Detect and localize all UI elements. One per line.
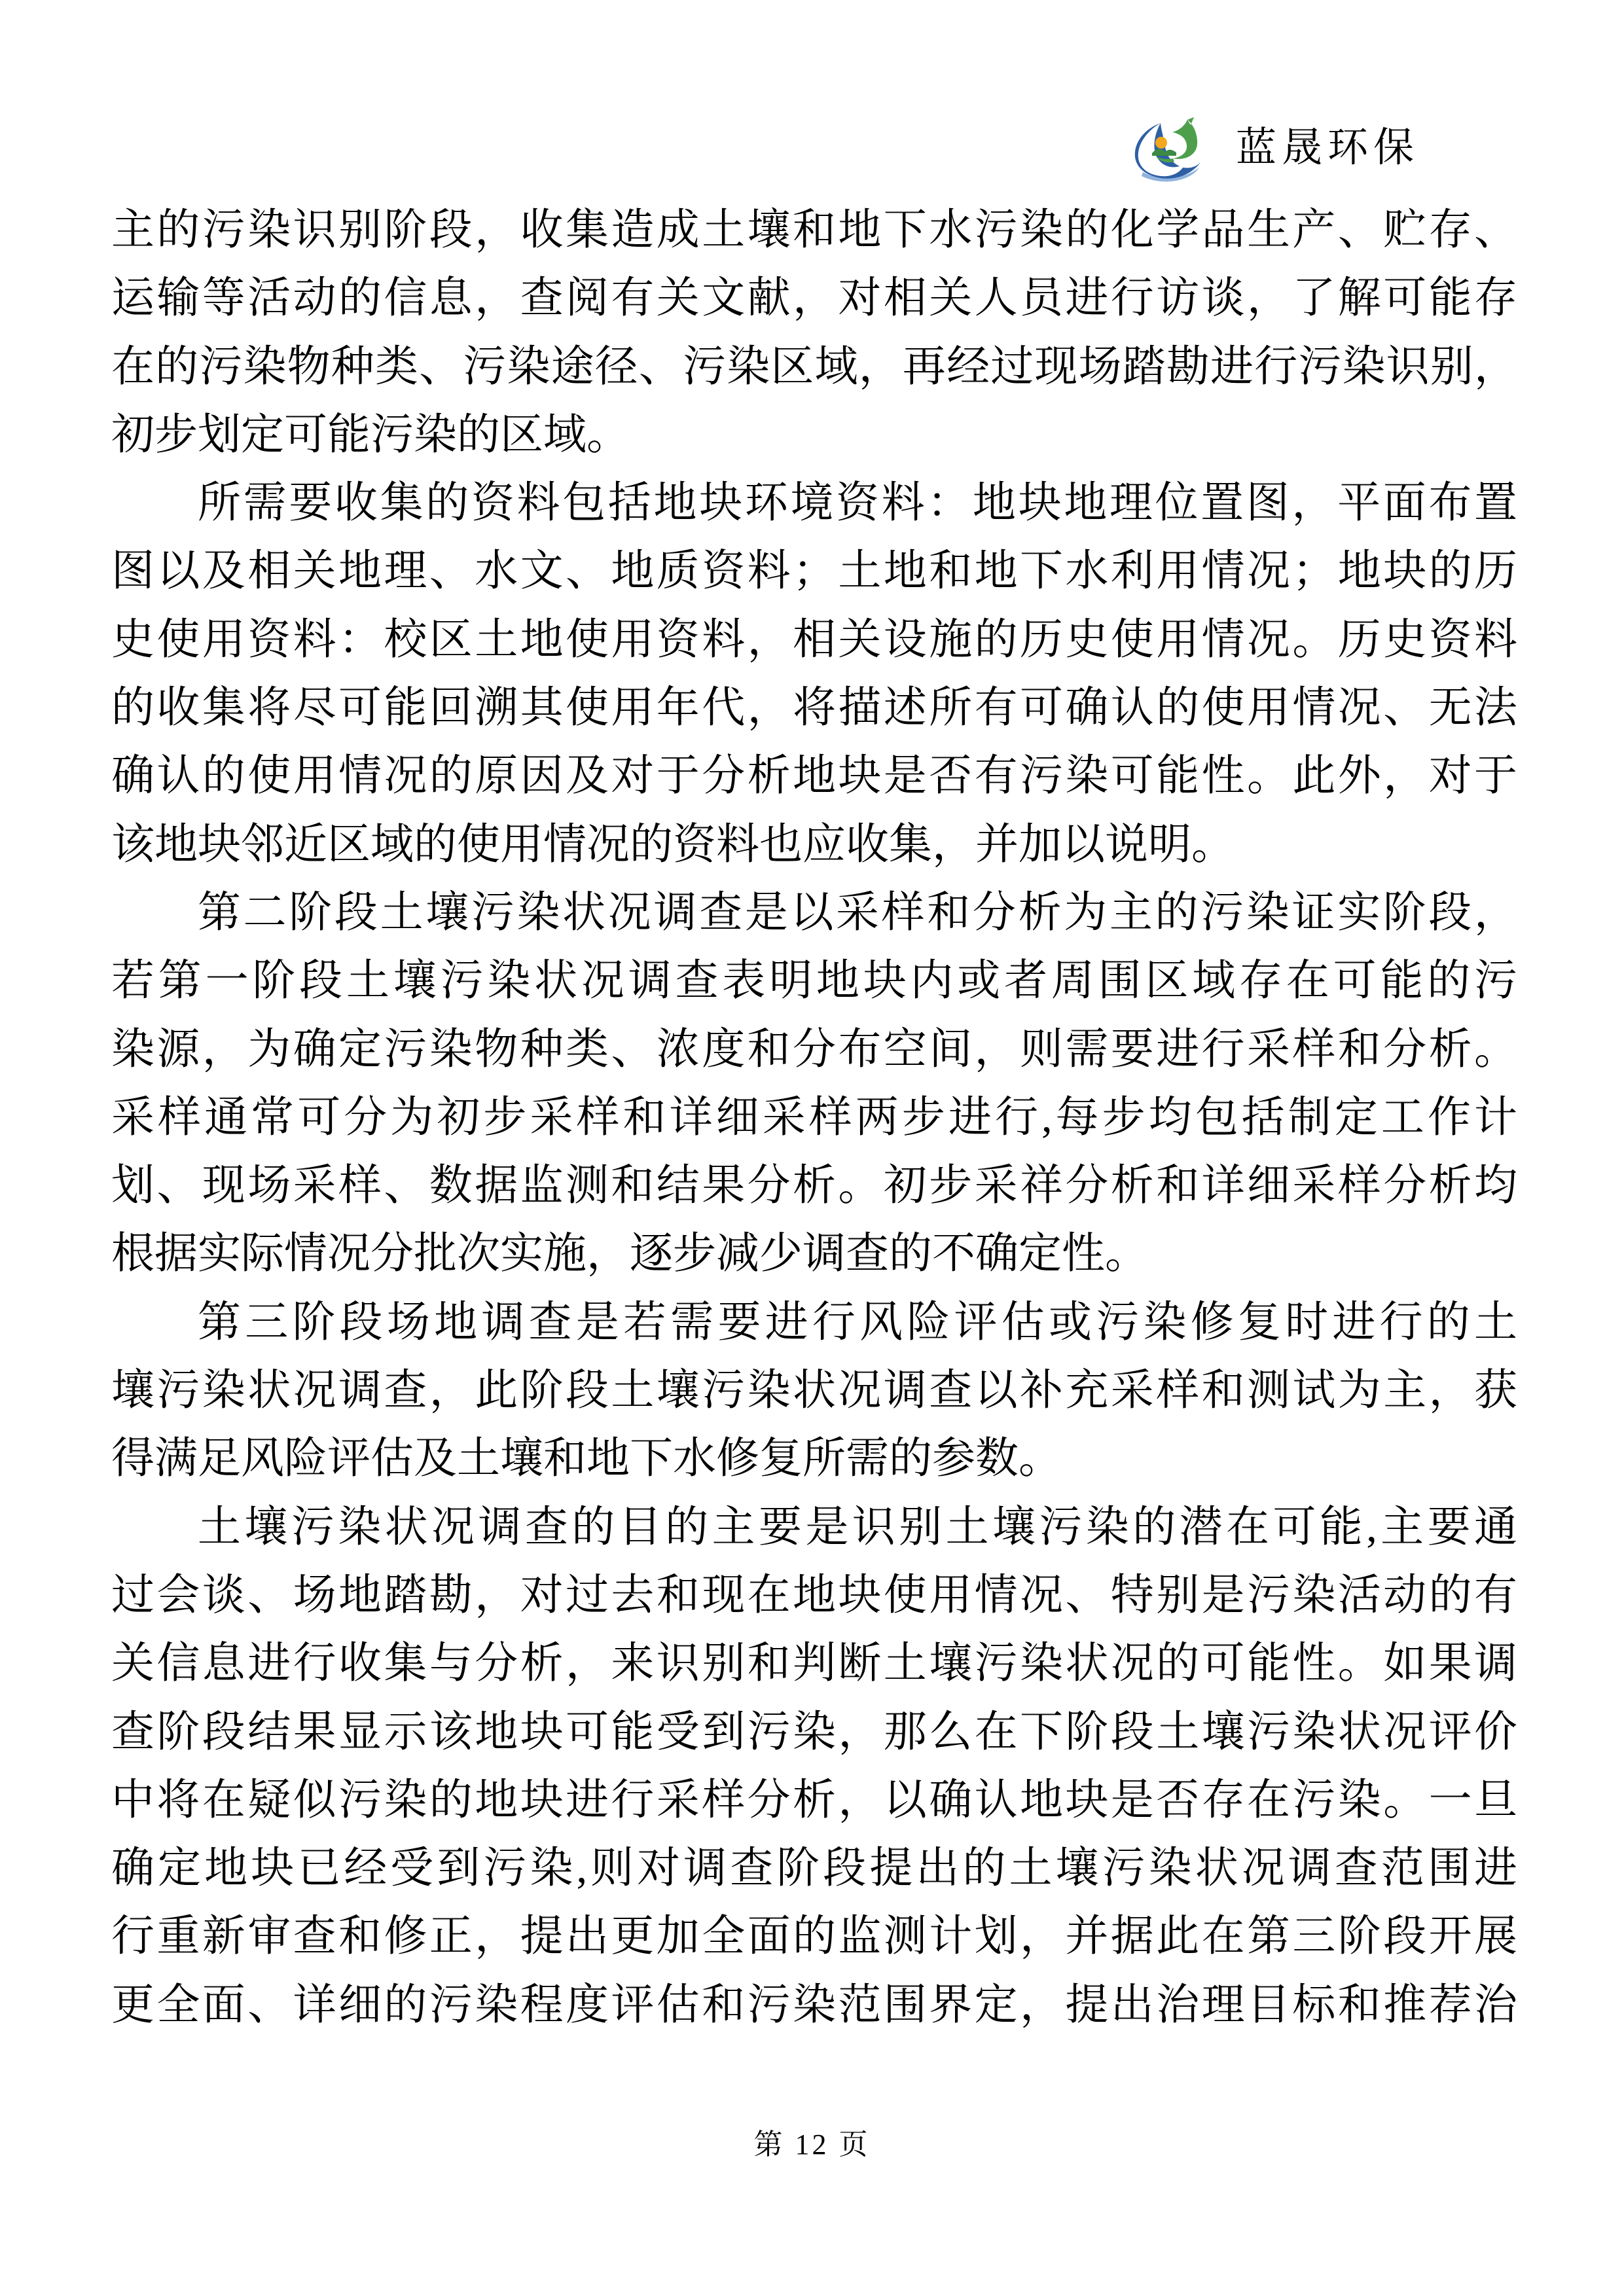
text-line: 该地块邻近区域的使用情况的资料也应收集，并加以说明。 — [111, 811, 1517, 879]
document-page: 蓝晟环保 主的污染识别阶段，收集造成土壤和地下水污染的化学品生产、贮存、运输等活… — [0, 0, 1624, 2296]
text-line: 第二阶段土壤污染状况调查是以采样和分析为主的污染证实阶段， — [111, 879, 1517, 947]
text-line: 得满足风险评估及土壤和地下水修复所需的参数。 — [111, 1425, 1517, 1493]
text-line: 划、现场采样、数据监测和结果分析。初步采祥分析和详细采样分析均 — [111, 1152, 1517, 1220]
text-line: 第三阶段场地调查是若需要进行风险评估或污染修复时进行的土 — [111, 1289, 1517, 1357]
text-line: 染源，为确定污染物种类、浓度和分布空间，则需要进行采样和分析。 — [111, 1016, 1517, 1084]
text-line: 的收集将尽可能回溯其使用年代，将描述所有可确认的使用情况、无法 — [111, 674, 1517, 742]
text-line: 过会谈、场地踏勘，对过去和现在地块使用情况、特别是污染活动的有 — [111, 1562, 1517, 1630]
text-line: 壤污染状况调查，此阶段土壤污染状况调查以补充采样和测试为主，获 — [111, 1357, 1517, 1425]
page-number: 第 12 页 — [754, 2128, 871, 2161]
text-line: 查阶段结果显示该地块可能受到污染，那么在下阶段土壤污染状况评价 — [111, 1698, 1517, 1767]
text-line: 确定地块已经受到污染,则对调查阶段提出的土壤污染状况调查范围进 — [111, 1835, 1517, 1903]
text-line: 史使用资料：校区土地使用资料，相关设施的历史使用情况。历史资料 — [111, 606, 1517, 674]
text-line: 运输等活动的信息，查阅有关文献，对相关人员进行访谈，了解可能存 — [111, 264, 1517, 332]
logo-sun — [1155, 137, 1167, 149]
page-header: 蓝晟环保 — [1123, 117, 1419, 186]
company-name: 蓝晟环保 — [1236, 128, 1419, 175]
text-line: 图以及相关地理、水文、地质资料；土地和地下水利用情况；地块的历 — [111, 537, 1517, 605]
text-line: 在的污染物种类、污染途径、污染区域，再经过现场踏勘进行污染识别， — [111, 333, 1517, 401]
text-line: 中将在疑似污染的地块进行采样分析，以确认地块是否存在污染。一旦 — [111, 1767, 1517, 1835]
document-body: 主的污染识别阶段，收集造成土壤和地下水污染的化学品生产、贮存、运输等活动的信息，… — [111, 196, 1517, 2039]
text-line: 所需要收集的资料包括地块环境资料：地块地理位置图，平面布置 — [111, 469, 1517, 537]
text-line: 土壤污染状况调查的目的主要是识别土壤污染的潜在可能,主要通 — [111, 1494, 1517, 1562]
text-line: 确认的使用情况的原因及对于分析地块是否有污染可能性。此外，对于 — [111, 742, 1517, 810]
text-line: 初步划定可能污染的区域。 — [111, 401, 1517, 469]
text-line: 若第一阶段土壤污染状况调查表明地块内或者周围区域存在可能的污 — [111, 947, 1517, 1015]
text-line: 根据实际情况分批次实施，逐步减少调查的不确定性。 — [111, 1220, 1517, 1288]
text-line: 行重新审查和修正，提出更加全面的监测计划，并据此在第三阶段开展 — [111, 1903, 1517, 1971]
text-line: 关信息进行收集与分析，来识别和判断土壤污染状况的可能性。如果调 — [111, 1630, 1517, 1698]
text-line: 更全面、详细的污染程度评估和污染范围界定，提出治理目标和推荐治 — [111, 1971, 1517, 2039]
page-footer: 第 12 页 — [0, 2121, 1624, 2162]
company-logo-icon — [1123, 117, 1216, 186]
text-line: 采样通常可分为初步采样和详细采样两步进行,每步均包括制定工作计 — [111, 1084, 1517, 1152]
text-line: 主的污染识别阶段，收集造成土壤和地下水污染的化学品生产、贮存、 — [111, 196, 1517, 264]
